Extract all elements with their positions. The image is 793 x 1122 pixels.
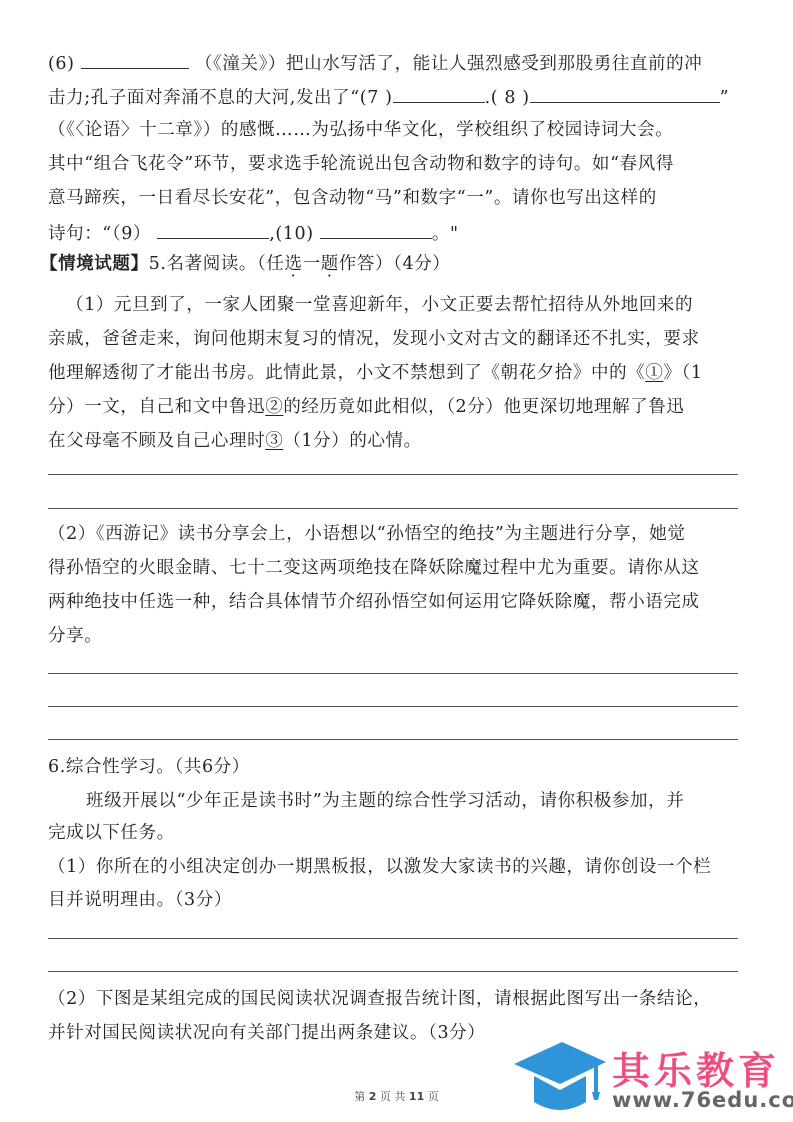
- q5-sub1-line-4: 分）一文，自己和文中鲁迅②的经历竟如此相似，（2分）他更深切地理解了鲁迅: [48, 395, 685, 419]
- q6-sub1-line-1: （1）你所在的小组决定创办一期黑板报，以激发大家读书的兴趣，请你创设一个栏: [48, 855, 711, 879]
- q5-text: （1分）的心情。: [283, 431, 421, 451]
- q4-line-3: （《〈论语〉十二章》）的感慨……为弘扬中华文化，学校组织了校园诗词大会。: [48, 118, 673, 142]
- footer-text: 页: [428, 1090, 439, 1103]
- q4-line-2: 击力;孔子面对奔涌不息的大河,发出了“(7 ).( 8 )”: [48, 84, 729, 110]
- graduation-cap-icon: [512, 1040, 608, 1120]
- q5-title-text: 作答）（4分）: [339, 254, 451, 274]
- page-number: 2: [369, 1090, 377, 1103]
- q5-title: 【情境试题】5.名著阅读。（任选一题作答）（4分）: [40, 252, 450, 276]
- q5-text: 的经历竟如此相似，（2分）他更深切地理解了鲁迅: [283, 397, 684, 417]
- answer-line[interactable]: [48, 706, 738, 707]
- q5-sub2-line-2: 得孙悟空的火眼金睛、七十二变这两项绝技在降妖除魔过程中尤为重要。请你从这: [48, 556, 700, 580]
- answer-line[interactable]: [48, 474, 738, 475]
- q4-line-1: (6) （《潼关》）把山水写活了，能让人强烈感受到那股勇往直前的冲: [48, 50, 702, 76]
- q6-intro-line-1: 班级开展以“少年正是读书时”为主题的综合性学习活动，请你积极参加，并: [86, 789, 684, 813]
- q6-sub1-line-2: 目并说明理由。（3分）: [48, 888, 232, 912]
- q5-sub2-line-1: （2）《西游记》读书分享会上，小语想以“孙悟空的绝技”为主题进行分享，她觉: [48, 522, 685, 546]
- blank-label-9: 诗句：“（9）: [48, 224, 151, 244]
- q5-title-text: 5.名著阅读。（任: [149, 254, 285, 274]
- answer-blank-9[interactable]: [157, 220, 269, 239]
- q5-text: 在父母毫不顾及自己心理时: [48, 431, 265, 451]
- brand-name: 其乐教育: [612, 1040, 780, 1095]
- blank-marker-2[interactable]: ②: [265, 397, 283, 417]
- q4-line-5: 意马蹄疾，一日看尽长安花”，包含动物“马”和数字“一”。请你也写出这样的: [48, 186, 657, 210]
- q5-title-text: 一: [303, 254, 321, 274]
- answer-blank-8[interactable]: [530, 84, 720, 103]
- q5-text: 分）一文，自己和文中鲁迅: [48, 397, 265, 417]
- q4-text: （《潼关》）把山水写活了，能让人强烈感受到那股勇往直前的冲: [195, 54, 702, 74]
- answer-line[interactable]: [48, 971, 738, 972]
- q6-sub2-line-2: 并针对国民阅读状况向有关部门提出两条建议。（3分）: [48, 1021, 485, 1045]
- q5-sub1-line-3: 他理解透彻了才能出书房。此情此景，小文不禁想到了《朝花夕拾》中的《①》（1: [48, 361, 703, 385]
- q5-sub2-line-4: 分享。: [48, 624, 102, 648]
- page-total: 11: [409, 1090, 424, 1103]
- q5-text: 他理解透彻了才能出书房。此情此景，小文不禁想到了《朝花夕拾》中的《: [48, 363, 645, 383]
- q4-line-4: 其中“组合飞花令”环节，要求选手轮流说出包含动物和数字的诗句。如“春风得: [48, 152, 674, 176]
- q5-sub1-line-1: （1）元旦到了，一家人团聚一堂喜迎新年，小文正要去帮忙招待从外地回来的: [66, 293, 693, 317]
- q5-text: 》（1: [663, 363, 702, 383]
- footer-text: 页 共: [380, 1090, 406, 1103]
- quote-mark: ”: [720, 88, 730, 108]
- q6-title: 6.综合性学习。（共6分）: [48, 755, 250, 779]
- brand-url: www.76edu.com: [612, 1088, 793, 1112]
- answer-blank-6[interactable]: [81, 50, 189, 69]
- q5-sub1-line-2: 亲戚，爸爸走来，询问他期末复习的情况，发现小文对古文的翻译还不扎实，要求: [48, 327, 700, 351]
- answer-blank-7[interactable]: [393, 84, 485, 103]
- blank-marker-3[interactable]: ③: [265, 431, 283, 451]
- blank-label-10: ,(10): [269, 224, 314, 244]
- answer-line[interactable]: [48, 673, 738, 674]
- answer-line[interactable]: [48, 938, 738, 939]
- q6-intro-line-2: 完成以下任务。: [48, 821, 175, 845]
- blank-label-8: .( 8 ): [485, 88, 530, 108]
- q5-sub1-line-5: 在父母毫不顾及自己心理时③（1分）的心情。: [48, 429, 422, 453]
- answer-line[interactable]: [48, 739, 738, 740]
- q6-sub2-line-1: （2）下图是某组完成的国民阅读状况调查报告统计图，请根据此图写出一条结论，: [48, 987, 711, 1011]
- emphasis-char: 选: [284, 254, 302, 274]
- situational-tag: 【情境试题】: [40, 254, 149, 274]
- answer-line[interactable]: [48, 508, 738, 509]
- q4-line-6: 诗句：“（9） ,(10) 。": [48, 220, 459, 246]
- answer-blank-10[interactable]: [320, 220, 432, 239]
- emphasis-char: 题: [321, 254, 339, 274]
- blank-marker-1[interactable]: ①: [645, 363, 663, 383]
- footer-text: 第: [354, 1090, 365, 1103]
- q4-text: 。": [432, 224, 459, 244]
- q4-text: 击力;孔子面对奔涌不息的大河,发出了“(7 ): [48, 88, 393, 108]
- watermark-logo: 其乐教育 www.76edu.com: [512, 1040, 792, 1120]
- q5-sub2-line-3: 两种绝技中任选一种，结合具体情节介绍孙悟空如何运用它降妖除魔，帮小语完成: [48, 590, 700, 614]
- blank-label-6: (6): [48, 54, 75, 74]
